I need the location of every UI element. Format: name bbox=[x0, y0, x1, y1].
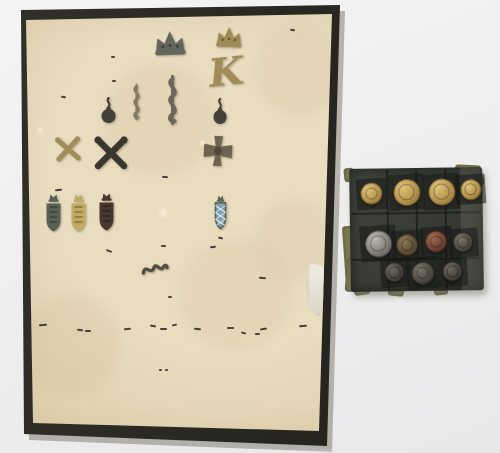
attachment-mark bbox=[150, 324, 156, 327]
uniform-button-brass bbox=[393, 178, 420, 205]
badge-staff-of-aesculapius-large bbox=[162, 74, 183, 126]
button-ring bbox=[365, 187, 378, 200]
attachment-mark bbox=[112, 80, 116, 82]
attachment-mark bbox=[162, 176, 168, 179]
uniform-button-brass bbox=[428, 178, 455, 205]
militaria-photo: K bbox=[0, 0, 500, 453]
button-ring bbox=[371, 236, 386, 251]
button-card bbox=[349, 167, 484, 292]
button-ring bbox=[399, 184, 414, 199]
attachment-mark bbox=[111, 56, 115, 58]
badge-crowned-shield-brass bbox=[68, 193, 89, 233]
attachment-mark bbox=[60, 95, 65, 98]
card-stain bbox=[255, 200, 335, 280]
uniform-button-darkbronze bbox=[411, 261, 434, 284]
svg-text:K: K bbox=[205, 50, 247, 94]
badge-crossed-cannons-dark bbox=[91, 134, 131, 172]
button-ring bbox=[401, 239, 414, 252]
button-ring bbox=[457, 237, 468, 248]
attachment-mark bbox=[217, 236, 222, 240]
button-ring bbox=[416, 266, 429, 279]
badge-crown-brass bbox=[214, 24, 245, 48]
badge-staff-of-aesculapius-small bbox=[129, 83, 144, 121]
uniform-button-brass bbox=[460, 179, 481, 200]
uniform-button-steel bbox=[365, 230, 392, 257]
badge-monogram-k-brass: K bbox=[203, 50, 249, 94]
attachment-mark bbox=[123, 327, 130, 330]
button-ring bbox=[434, 184, 449, 199]
attachment-mark bbox=[106, 249, 112, 253]
button-ring bbox=[389, 267, 400, 278]
badge-crossed-cannons-brass bbox=[52, 134, 83, 164]
badge-landwehr-cross bbox=[202, 134, 234, 168]
attachment-mark bbox=[54, 188, 61, 191]
badge-crowned-shield-dark bbox=[96, 192, 117, 232]
button-ring bbox=[430, 235, 443, 248]
attachment-mark bbox=[171, 323, 176, 326]
badge-snake-badge bbox=[140, 259, 169, 278]
worn-spot bbox=[37, 127, 43, 133]
attachment-mark bbox=[165, 369, 168, 371]
button-ring bbox=[464, 183, 476, 195]
card-stain bbox=[20, 295, 120, 395]
attachment-mark bbox=[159, 369, 162, 371]
attachment-mark bbox=[299, 325, 307, 328]
badge-crowned-shield-grey bbox=[43, 193, 64, 233]
uniform-button-darkbronze bbox=[453, 232, 473, 252]
badge-crown-grey bbox=[152, 28, 189, 56]
attachment-mark bbox=[161, 245, 166, 247]
attachment-mark bbox=[168, 296, 172, 298]
attachment-mark bbox=[160, 328, 167, 330]
badge-bavarian-lozenge-shield bbox=[213, 194, 228, 231]
badge-flaming-grenade-left bbox=[101, 97, 116, 124]
button-ring bbox=[447, 266, 458, 277]
worn-spot bbox=[159, 209, 167, 217]
badge-flaming-grenade-right bbox=[213, 98, 227, 125]
